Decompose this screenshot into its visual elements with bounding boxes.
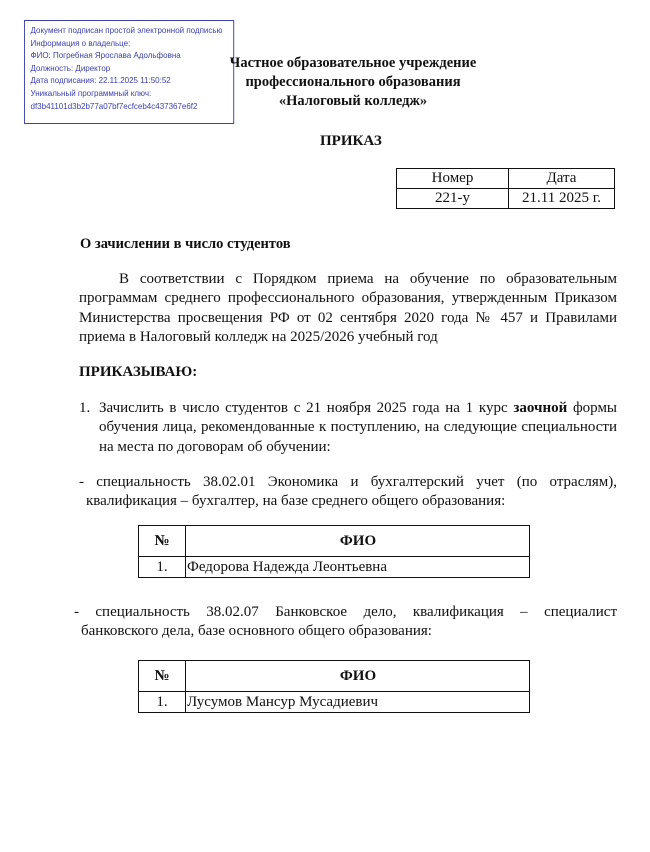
header-date: Дата xyxy=(509,169,615,189)
order-number: 221-у xyxy=(397,189,509,209)
specialty-1-line-2: квалификация – бухгалтер, на базе средне… xyxy=(79,492,617,511)
order-item-1: 1. Зачислить в число студентов с 21 нояб… xyxy=(79,399,617,457)
specialty-1-line-1: - специальность 38.02.01 Экономика и бух… xyxy=(79,473,617,492)
org-line-3: «Налоговый колледж» xyxy=(200,92,506,111)
order-subject: О зачислении в число студентов xyxy=(80,236,291,253)
student-name: Лусумов Мансур Мусадиевич xyxy=(186,692,530,713)
preamble-paragraph: В соответствии с Порядком приема на обуч… xyxy=(79,270,617,347)
item-text: Зачислить в число студентов с 21 ноября … xyxy=(99,399,617,457)
table-row: 1. Федорова Надежда Леонтьевна xyxy=(139,557,530,578)
col-header-number: № xyxy=(139,661,186,692)
col-header-number: № xyxy=(139,526,186,557)
item-number: 1. xyxy=(79,399,90,418)
specialty-2: - специальность 38.02.07 Банковское дело… xyxy=(74,603,617,642)
header-number: Номер xyxy=(397,169,509,189)
specialty-1: - специальность 38.02.01 Экономика и бух… xyxy=(79,473,617,512)
organization-name: Частное образовательное учреждение профе… xyxy=(200,54,506,111)
specialty-2-line-2: банковского дела, базе основного общего … xyxy=(74,622,617,641)
stamp-line-signed: Документ подписан простой электронной по… xyxy=(31,24,234,37)
student-name: Федорова Надежда Леонтьевна xyxy=(186,557,530,578)
item-text-start: Зачислить в число студентов с 21 ноября … xyxy=(99,400,513,416)
order-number-date-table: Номер Дата 221-у 21.11 2025 г. xyxy=(396,168,615,209)
students-table-1: № ФИО 1. Федорова Надежда Леонтьевна xyxy=(138,525,530,578)
table-row: 1. Лусумов Мансур Мусадиевич xyxy=(139,692,530,713)
org-line-2: профессионального образования xyxy=(200,73,506,92)
document-title: ПРИКАЗ xyxy=(320,133,382,150)
specialty-2-line-1: - специальность 38.02.07 Банковское дело… xyxy=(74,603,617,622)
row-number: 1. xyxy=(139,557,186,578)
order-keyword: ПРИКАЗЫВАЮ: xyxy=(79,364,197,381)
col-header-name: ФИО xyxy=(186,661,530,692)
order-date: 21.11 2025 г. xyxy=(509,189,615,209)
col-header-name: ФИО xyxy=(186,526,530,557)
row-number: 1. xyxy=(139,692,186,713)
stamp-line-owner-info: Информация о владельце: xyxy=(31,37,234,50)
org-line-1: Частное образовательное учреждение xyxy=(200,54,506,73)
students-table-2: № ФИО 1. Лусумов Мансур Мусадиевич xyxy=(138,660,530,713)
item-text-bold: заочной xyxy=(513,400,567,416)
